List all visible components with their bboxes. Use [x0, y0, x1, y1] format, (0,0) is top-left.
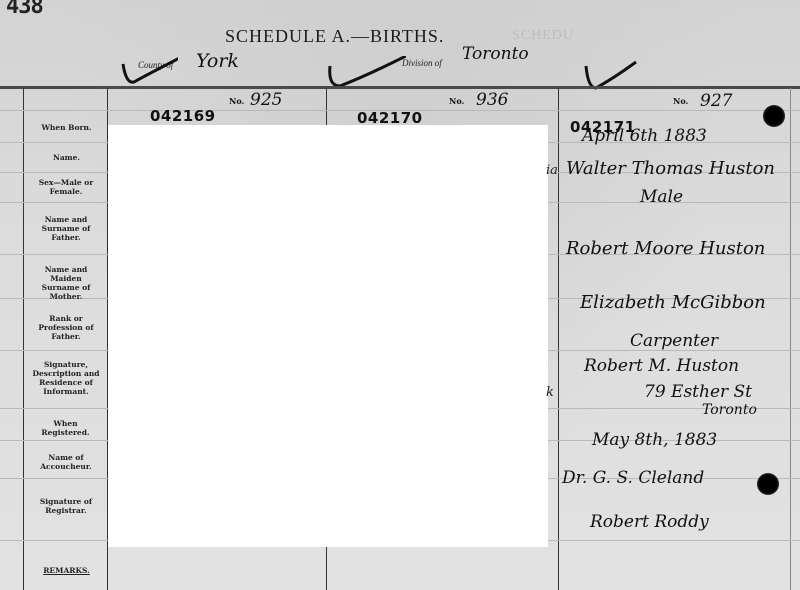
- entry-3-mother: Elizabeth McGibbon: [580, 292, 766, 313]
- page-number: 438: [6, 0, 43, 19]
- entry-1-no-label: No.: [229, 96, 244, 106]
- column-divider: [790, 88, 791, 590]
- row-label-name: Name.: [24, 153, 109, 162]
- check-mark-icon: [118, 56, 178, 86]
- entry-3-father: Robert Moore Huston: [566, 238, 765, 259]
- row-label-sex: Sex—Male or Female.: [26, 178, 106, 196]
- entry-1-registration-stamp: 042169: [150, 107, 216, 125]
- bleed-through-text: SCHEDU: [512, 28, 574, 44]
- entry-3-when-born: April 6th 1883: [582, 126, 707, 146]
- row-label-when-registered: When Registered.: [38, 419, 93, 437]
- entry-1-number: 925: [250, 90, 282, 110]
- county-value: York: [196, 50, 239, 72]
- entry-3-informant-city: Toronto: [702, 402, 757, 418]
- handwriting-fragment: ia: [546, 163, 558, 178]
- entry-2-number: 936: [476, 90, 508, 110]
- row-label-profession: Rank or Profession of Father.: [36, 314, 96, 341]
- entry-3-sex: Male: [640, 187, 683, 207]
- punch-hole: [763, 105, 785, 127]
- division-label: Division of: [402, 58, 442, 68]
- redacted-region: [108, 125, 548, 547]
- handwriting-fragment: k: [546, 385, 554, 400]
- row-label-remarks: REMARKS.: [24, 566, 109, 575]
- row-label-registrar: Signature of Registrar.: [36, 497, 96, 515]
- entry-3-registrar: Robert Roddy: [590, 512, 709, 532]
- entry-3-when-registered: May 8th, 1883: [592, 430, 717, 450]
- register-page: 438 SCHEDULE A.—BIRTHS. SCHEDU County of…: [0, 0, 800, 590]
- header-rule: [0, 86, 800, 89]
- entry-3-number: 927: [700, 91, 732, 111]
- entry-3-profession: Carpenter: [630, 331, 718, 351]
- entry-2-no-label: No.: [449, 96, 464, 106]
- row-label-father: Name and Surname of Father.: [36, 215, 96, 242]
- punch-hole: [757, 473, 779, 495]
- schedule-title: SCHEDULE A.—BIRTHS.: [225, 26, 444, 47]
- row-label-accoucheur: Name of Accoucheur.: [36, 453, 96, 471]
- column-divider: [558, 88, 559, 590]
- check-mark-icon: [326, 56, 406, 86]
- entry-3-accoucheur: Dr. G. S. Cleland: [562, 468, 704, 488]
- row-label-informant: Signature, Description and Residence of …: [28, 360, 104, 396]
- row-label-when-born: When Born.: [24, 123, 109, 132]
- entry-3-name: Walter Thomas Huston: [566, 158, 775, 179]
- entry-3-no-label: No.: [673, 96, 688, 106]
- row-label-mother: Name and Maiden Surname of Mother.: [31, 265, 101, 301]
- column-divider: [23, 88, 24, 590]
- division-value: Toronto: [462, 44, 529, 64]
- entry-3-informant-signature: Robert M. Huston: [584, 356, 739, 376]
- entry-3-informant-address: 79 Esther St: [644, 382, 752, 402]
